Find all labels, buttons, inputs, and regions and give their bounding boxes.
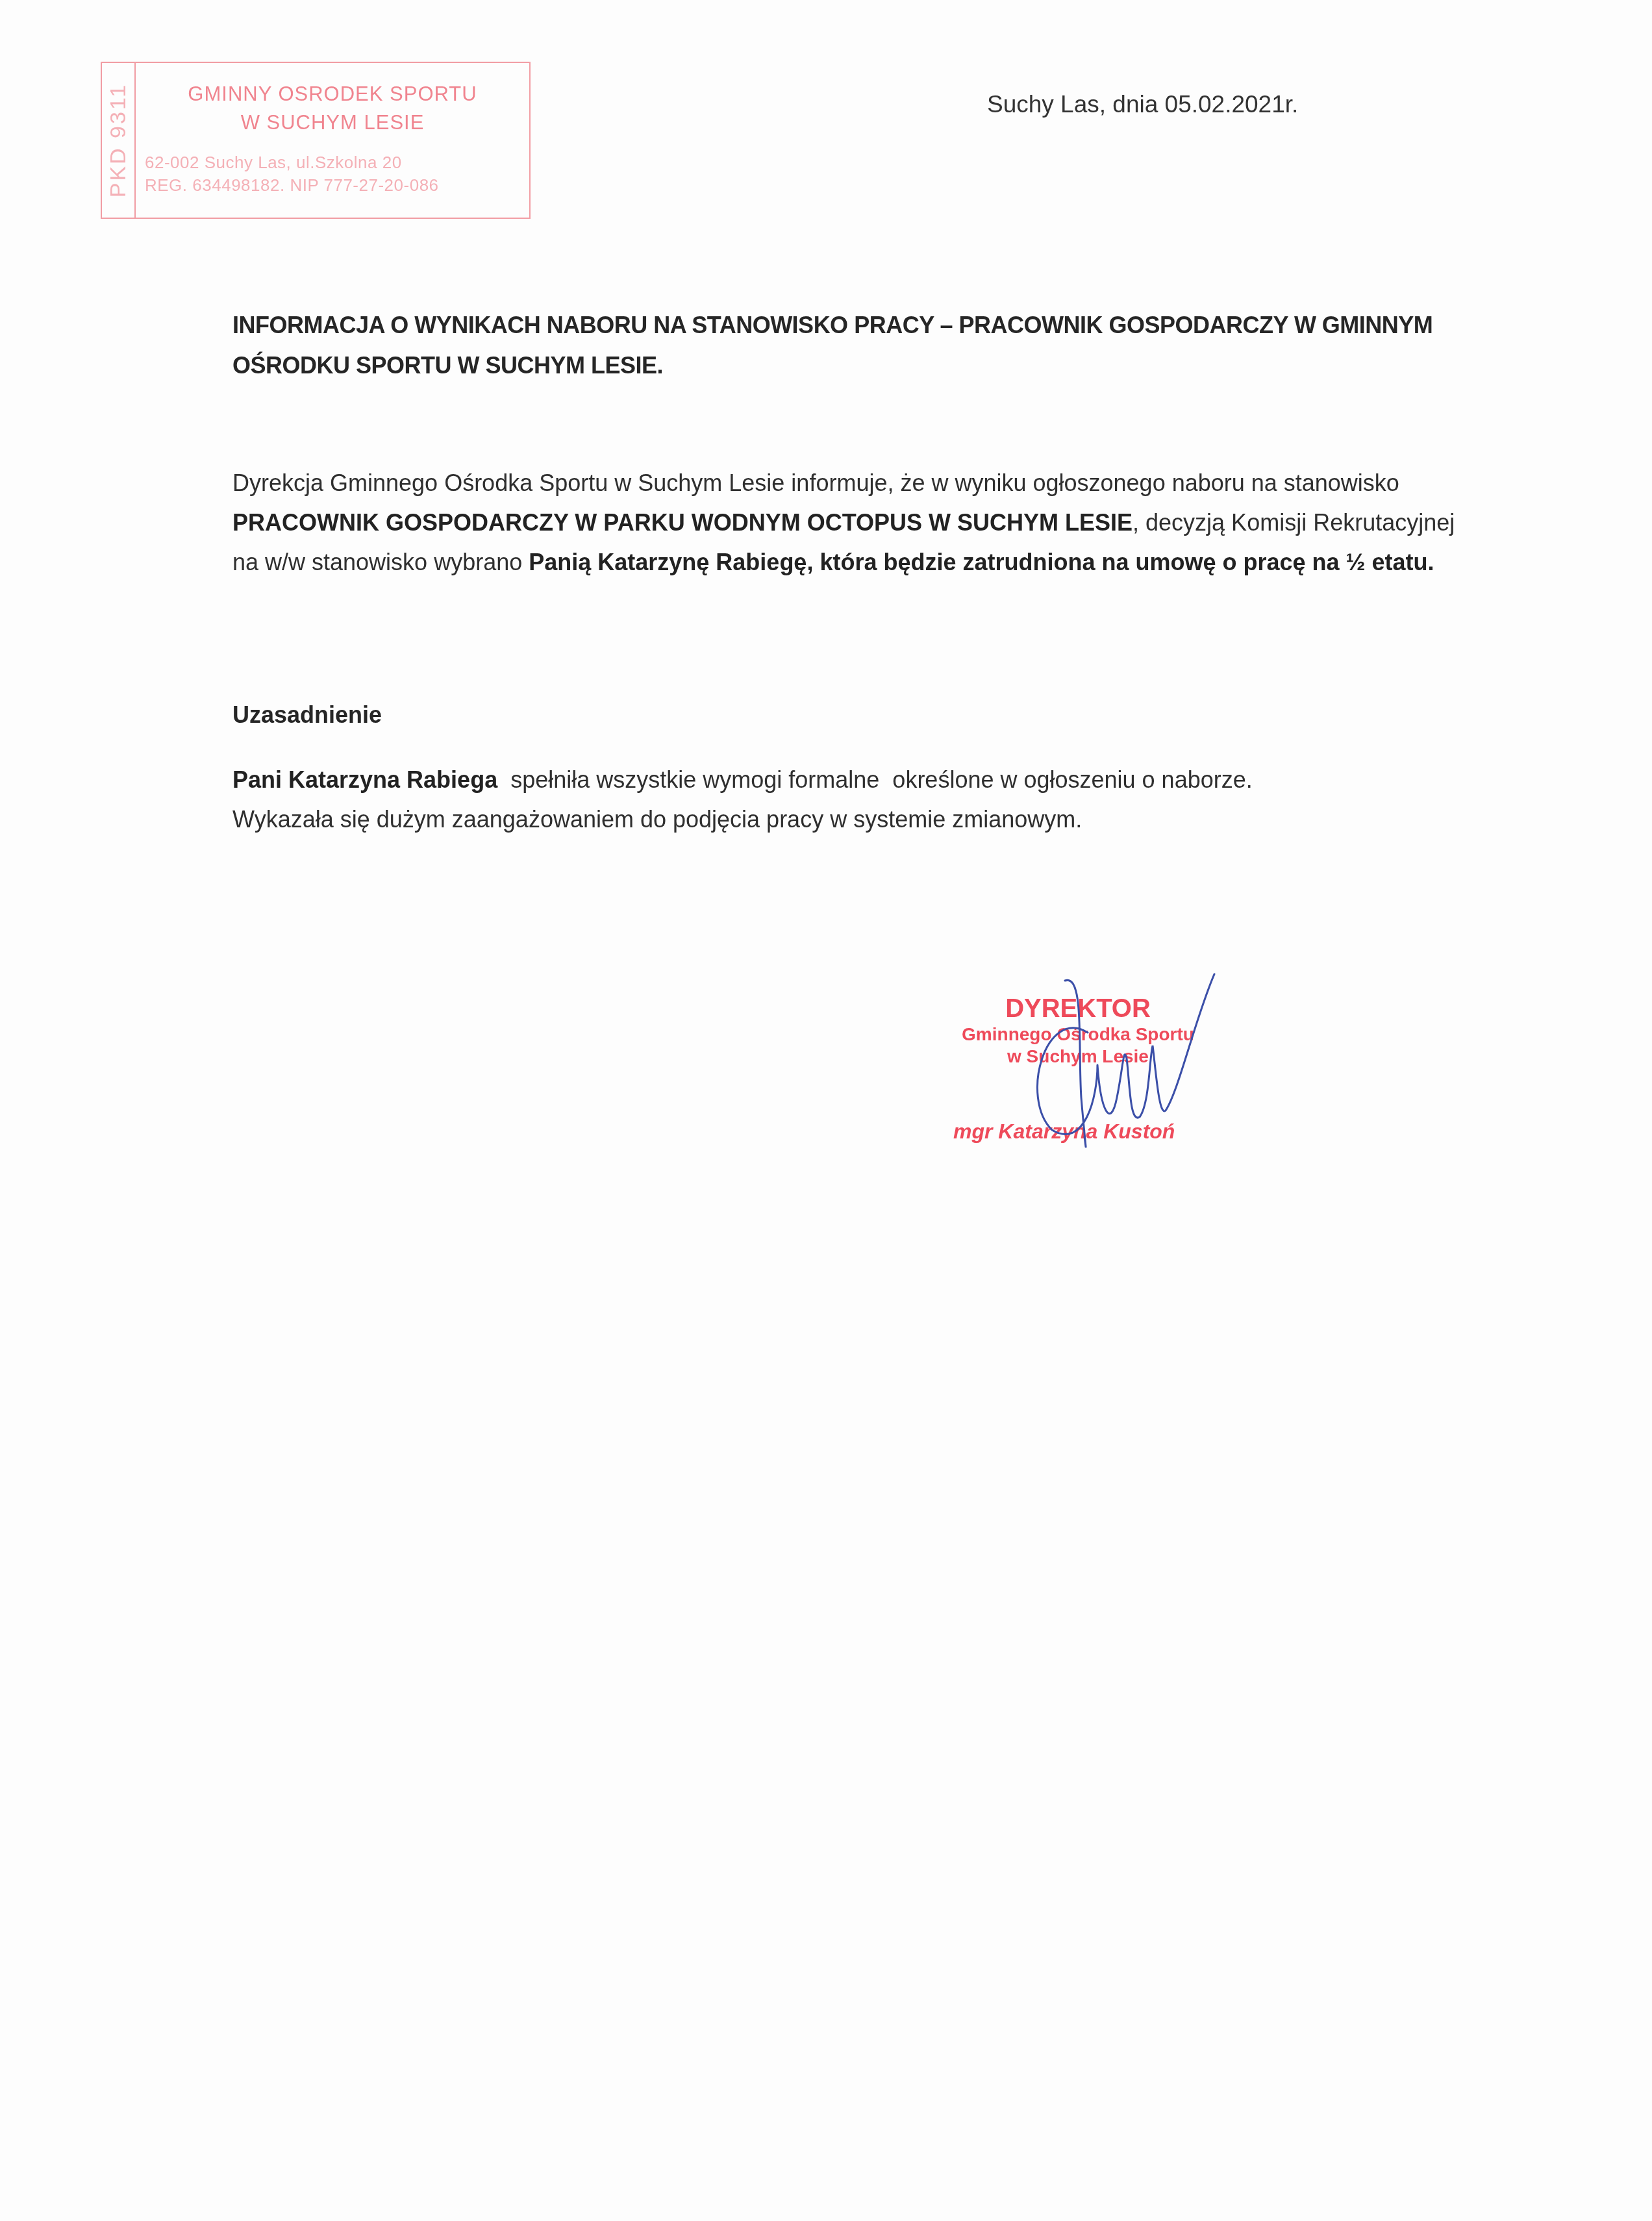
stamp-pkd-code: PKD 9311 xyxy=(106,83,131,197)
stamp-address: 62-002 Suchy Las, ul.Szkolna 20 xyxy=(136,153,529,173)
justification-heading: Uzasadnienie xyxy=(232,701,382,729)
document-title: INFORMACJA O WYNIKACH NABORU NA STANOWIS… xyxy=(232,305,1466,386)
justification-text-2: Wykazała się dużym zaangażowaniem do pod… xyxy=(232,806,1082,833)
announcement-paragraph: Dyrekcja Gminnego Ośrodka Sportu w Suchy… xyxy=(232,463,1466,582)
justification-text-1: spełniła wszystkie wymogi formalne okreś… xyxy=(497,766,1253,793)
justification-paragraph: Pani Katarzyna Rabiega spełniła wszystki… xyxy=(232,760,1466,839)
selected-candidate: Panią Katarzynę Rabiegę, która będzie za… xyxy=(529,549,1434,575)
stamp-main: GMINNY OSRODEK SPORTU W SUCHYM LESIE 62-… xyxy=(136,63,529,218)
candidate-name: Pani Katarzyna Rabiega xyxy=(232,766,497,793)
stamp-registration: REG. 634498182. NIP 777-27-20-086 xyxy=(136,175,529,195)
handwritten-signature-icon xyxy=(1026,968,1234,1162)
stamp-org-name: GMINNY OSRODEK SPORTU xyxy=(136,82,529,106)
paragraph-intro: Dyrekcja Gminnego Ośrodka Sportu w Suchy… xyxy=(232,470,1399,496)
organization-stamp: PKD 9311 GMINNY OSRODEK SPORTU W SUCHYM … xyxy=(101,62,531,219)
document-date: Suchy Las, dnia 05.02.2021r. xyxy=(987,91,1298,118)
stamp-side-code: PKD 9311 xyxy=(102,63,136,218)
document-page: PKD 9311 GMINNY OSRODEK SPORTU W SUCHYM … xyxy=(0,0,1652,2221)
stamp-org-location: W SUCHYM LESIE xyxy=(136,111,529,134)
position-name: PRACOWNIK GOSPODARCZY W PARKU WODNYM OCT… xyxy=(232,509,1133,536)
